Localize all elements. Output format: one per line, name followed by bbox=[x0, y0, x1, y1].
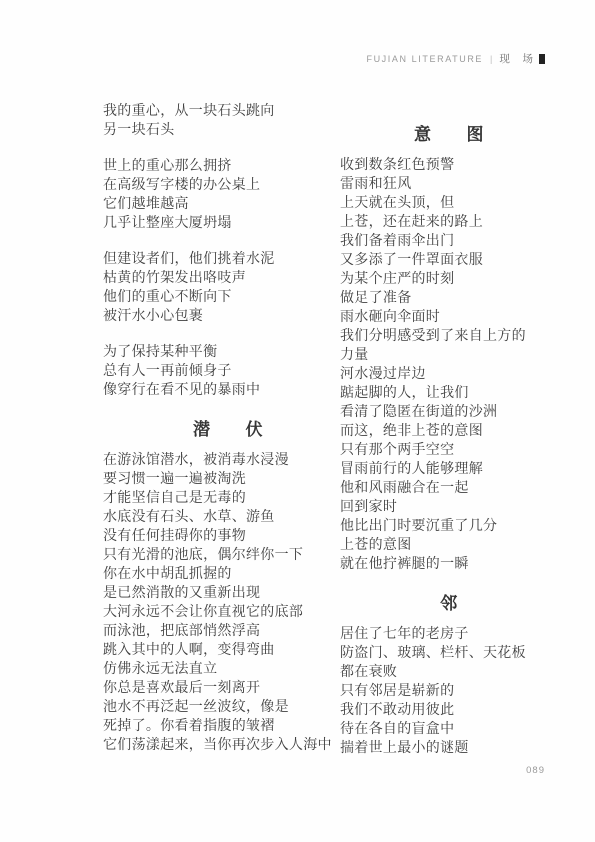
poem-line: 居住了七年的老房子 bbox=[340, 625, 558, 644]
poem-title: 意 图 bbox=[340, 122, 558, 148]
poem-stanza: 我的重心，从一块石头跳向另一块石头 bbox=[103, 102, 353, 140]
poem-line: 大河永远不会让你直视它的底部 bbox=[103, 603, 353, 622]
poem-line: 防盗门、玻璃、栏杆、天花板 bbox=[340, 644, 558, 663]
poem-line: 另一块石头 bbox=[103, 121, 353, 140]
poem-column-right: 意 图收到数条红色预警雷雨和狂风上天就在头顶，但上苍，还在赶来的路上我们备着雨伞… bbox=[340, 116, 558, 775]
poem-line: 是已然消散的又重新出现 bbox=[103, 584, 353, 603]
poem-line: 上天就在头顶，但 bbox=[340, 194, 558, 213]
poem-line: 死掉了。你看着指腹的皱褶 bbox=[103, 717, 353, 736]
poem-line: 又多添了一件罩面衣服 bbox=[340, 251, 558, 270]
magazine-page: FUJIAN LITERATURE | 现 场 我的重心，从一块石头跳向另一块石… bbox=[0, 0, 595, 842]
poem-line: 做足了准备 bbox=[340, 289, 558, 308]
poem-stanza: 居住了七年的老房子防盗门、玻璃、栏杆、天花板都在衰败只有邻居是崭新的我们不敢动用… bbox=[340, 625, 558, 758]
poem-line: 只有那个两手空空 bbox=[340, 441, 558, 460]
poem-line: 都在衰败 bbox=[340, 663, 558, 682]
poem-line: 它们荡漾起来，当你再次步入人海中 bbox=[103, 736, 353, 755]
poem-line: 你总是喜欢最后一刻离开 bbox=[103, 679, 353, 698]
poem-line: 在高级写字楼的办公桌上 bbox=[103, 176, 353, 195]
poem-line: 没有任何挂碍你的事物 bbox=[103, 527, 353, 546]
page-number: 089 bbox=[526, 765, 545, 776]
header-divider: | bbox=[490, 54, 492, 64]
poem-line: 世上的重心那么拥挤 bbox=[103, 157, 353, 176]
poem-line: 要习惯一遍一遍被淘洗 bbox=[103, 470, 353, 489]
poem-line: 几乎让整座大厦坍塌 bbox=[103, 214, 353, 233]
poem-stanza: 世上的重心那么拥挤在高级写字楼的办公桌上它们越堆越高几乎让整座大厦坍塌 bbox=[103, 157, 353, 233]
poem-line: 雷雨和狂风 bbox=[340, 175, 558, 194]
poem-column-left: 我的重心，从一块石头跳向另一块石头世上的重心那么拥挤在高级写字楼的办公桌上它们越… bbox=[103, 102, 353, 772]
poem-line: 为了保持某种平衡 bbox=[103, 343, 353, 362]
poem-stanza: 在游泳馆潜水，被消毒水浸漫要习惯一遍一遍被淘洗才能坚信自己是无毒的水底没有石头、… bbox=[103, 451, 353, 755]
poem-line: 力量 bbox=[340, 346, 558, 365]
poem-line: 总有人一再前倾身子 bbox=[103, 362, 353, 381]
poem-line: 回到家时 bbox=[340, 498, 558, 517]
poem-line: 只有邻居是崭新的 bbox=[340, 682, 558, 701]
poem-stanza: 为了保持某种平衡总有人一再前倾身子像穿行在看不见的暴雨中 bbox=[103, 343, 353, 400]
poem-line: 枯黄的竹架发出咯吱声 bbox=[103, 269, 353, 288]
poem-line: 它们越堆越高 bbox=[103, 195, 353, 214]
poem-line: 池水不再泛起一丝波纹，像是 bbox=[103, 698, 353, 717]
poem-title: 潜 伏 bbox=[103, 417, 353, 443]
poem-line: 我们分明感受到了来自上方的 bbox=[340, 327, 558, 346]
poem-line: 才能坚信自己是无毒的 bbox=[103, 489, 353, 508]
poem-line: 我们备着雨伞出门 bbox=[340, 232, 558, 251]
poem-line: 看清了隐匿在街道的沙洲 bbox=[340, 403, 558, 422]
poem-line: 而这，绝非上苍的意图 bbox=[340, 422, 558, 441]
poem-line: 收到数条红色预警 bbox=[340, 156, 558, 175]
poem-line: 像穿行在看不见的暴雨中 bbox=[103, 381, 353, 400]
poem-line: 我们不敢动用彼此 bbox=[340, 701, 558, 720]
poem-line: 待在各自的盲盒中 bbox=[340, 720, 558, 739]
poem-line: 但建设者们，他们挑着水泥 bbox=[103, 250, 353, 269]
section-marker-icon bbox=[539, 54, 545, 64]
poem-stanza: 收到数条红色预警雷雨和狂风上天就在头顶，但上苍，还在赶来的路上我们备着雨伞出门又… bbox=[340, 156, 558, 574]
poem-line: 冒雨前行的人能够理解 bbox=[340, 460, 558, 479]
section-title: 现 场 bbox=[499, 51, 538, 66]
poem-line: 踮起脚的人，让我们 bbox=[340, 384, 558, 403]
poem-line: 他们的重心不断向下 bbox=[103, 288, 353, 307]
poem-line: 他和风雨融合在一起 bbox=[340, 479, 558, 498]
poem-line: 他比出门时要沉重了几分 bbox=[340, 517, 558, 536]
journal-title: FUJIAN LITERATURE bbox=[366, 54, 483, 64]
page-header: FUJIAN LITERATURE | 现 场 bbox=[366, 51, 545, 66]
poem-line: 揣着世上最小的谜题 bbox=[340, 739, 558, 758]
poem-line: 只有光滑的池底，偶尔绊你一下 bbox=[103, 546, 353, 565]
poem-line: 河水漫过岸边 bbox=[340, 365, 558, 384]
poem-line: 为某个庄严的时刻 bbox=[340, 270, 558, 289]
poem-stanza: 但建设者们，他们挑着水泥枯黄的竹架发出咯吱声他们的重心不断向下被汗水小心包裹 bbox=[103, 250, 353, 326]
poem-line: 水底没有石头、水草、游鱼 bbox=[103, 508, 353, 527]
poem-line: 跳入其中的人啊，变得弯曲 bbox=[103, 641, 353, 660]
poem-line: 我的重心，从一块石头跳向 bbox=[103, 102, 353, 121]
poem-line: 仿佛永远无法直立 bbox=[103, 660, 353, 679]
poem-line: 上苍的意图 bbox=[340, 536, 558, 555]
poem-line: 雨水砸向伞面时 bbox=[340, 308, 558, 327]
poem-line: 在游泳馆潜水，被消毒水浸漫 bbox=[103, 451, 353, 470]
poem-line: 你在水中胡乱抓握的 bbox=[103, 565, 353, 584]
poem-line: 就在他拧裤腿的一瞬 bbox=[340, 555, 558, 574]
poem-title: 邻 bbox=[340, 591, 558, 617]
poem-line: 上苍，还在赶来的路上 bbox=[340, 213, 558, 232]
poem-line: 被汗水小心包裹 bbox=[103, 307, 353, 326]
poem-line: 而泳池，把底部悄然浮高 bbox=[103, 622, 353, 641]
